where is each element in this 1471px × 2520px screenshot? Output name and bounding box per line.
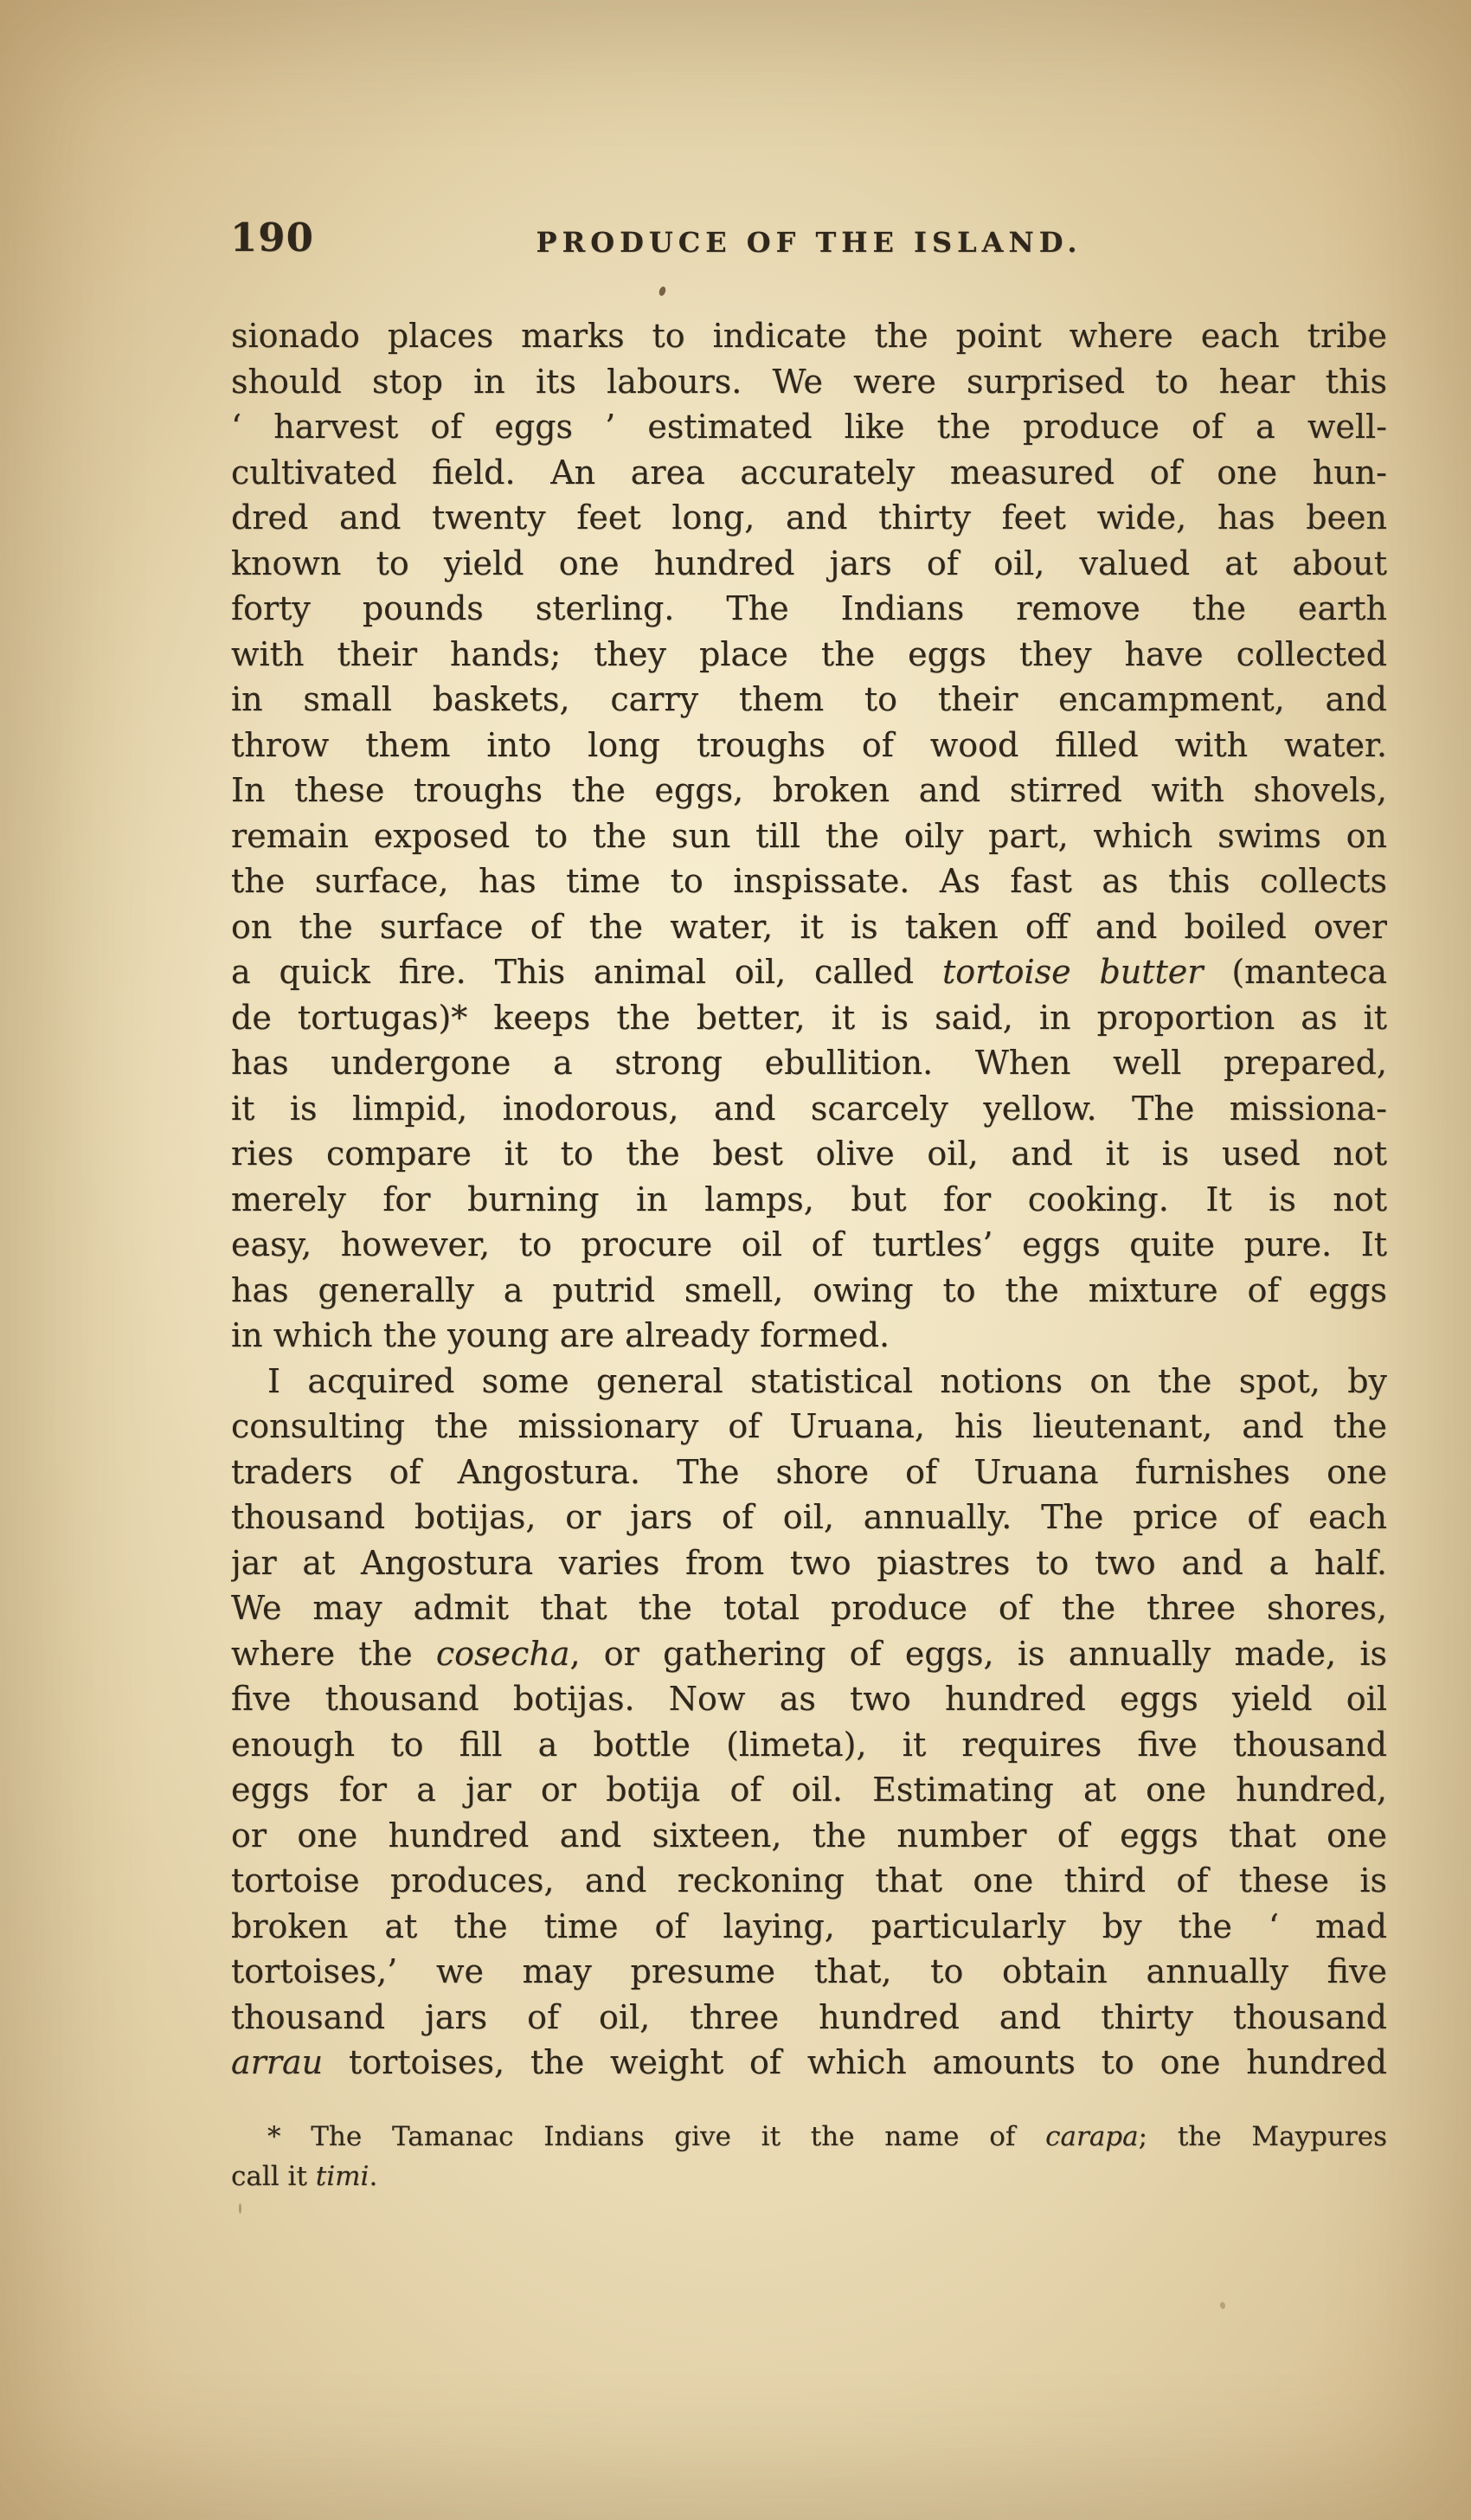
text-line: on the surface of the water, it is taken… xyxy=(231,904,1387,950)
text-line: dred and twenty feet long, and thirty fe… xyxy=(231,495,1387,541)
text-segment: sionado places marks to indicate the poi… xyxy=(231,317,1387,355)
text-segment: de tortugas)* keeps the better, it is sa… xyxy=(231,999,1387,1037)
text-line: enough to fill a bottle (limeta), it req… xyxy=(231,1722,1387,1768)
text-line: I acquired some general statistical noti… xyxy=(231,1359,1387,1405)
text-line: has undergone a strong ebullition. When … xyxy=(231,1040,1387,1086)
text-segment: with their hands; they place the eggs th… xyxy=(231,635,1387,673)
text-segment: jar at Angostura varies from two piastre… xyxy=(231,1544,1387,1582)
text-segment: the surface, has time to inspissate. As … xyxy=(231,862,1387,900)
text-line: sionado places marks to indicate the poi… xyxy=(231,313,1387,359)
paper-speck xyxy=(1219,2301,1226,2309)
text-segment: tortoise produces, and reckoning that on… xyxy=(231,1861,1387,1900)
text-segment: ries compare it to the best olive oil, a… xyxy=(231,1135,1387,1173)
running-header: PRODUCE OF THE ISLAND. xyxy=(231,228,1387,256)
text-segment: merely for burning in lamps, but for coo… xyxy=(231,1180,1387,1218)
text-line: jar at Angostura varies from two piastre… xyxy=(231,1540,1387,1586)
text-line: cultivated field. An area accurately mea… xyxy=(231,450,1387,496)
text-segment: on the surface of the water, it is taken… xyxy=(231,908,1387,946)
text-segment: call it xyxy=(231,2161,316,2192)
text-segment: ; the Maypures xyxy=(1139,2121,1387,2152)
text-segment: should stop in its labours. We were surp… xyxy=(231,363,1387,401)
text-line: easy, however, to procure oil of turtles… xyxy=(231,1222,1387,1268)
text-segment: five thousand botijas. Now as two hundre… xyxy=(231,1680,1387,1718)
text-segment: enough to fill a bottle (limeta), it req… xyxy=(231,1726,1387,1764)
text-line: in small baskets, carry them to their en… xyxy=(231,677,1387,723)
text-segment: known to yield one hundred jars of oil, … xyxy=(231,544,1387,582)
text-line: or one hundred and sixteen, the number o… xyxy=(231,1813,1387,1859)
text-segment: , or gathering of eggs, is annually made… xyxy=(569,1635,1387,1673)
text-segment: in which the young are already formed. xyxy=(231,1316,890,1354)
ink-speck xyxy=(658,286,666,297)
text-segment: in small baskets, carry them to their en… xyxy=(231,680,1387,718)
text-line: We may admit that the total produce of t… xyxy=(231,1585,1387,1631)
italic-text: timi xyxy=(316,2161,369,2192)
text-line: eggs for a jar or botija of oil. Estimat… xyxy=(231,1767,1387,1813)
text-line: throw them into long troughs of wood fil… xyxy=(231,723,1387,768)
text-segment: * The Tamanac Indians give it the name o… xyxy=(267,2121,1045,2152)
text-segment: has undergone a strong ebullition. When … xyxy=(231,1044,1387,1082)
text-segment: We may admit that the total produce of t… xyxy=(231,1589,1387,1627)
text-segment: easy, however, to procure oil of turtles… xyxy=(231,1225,1387,1263)
footnote: * The Tamanac Indians give it the name o… xyxy=(231,2117,1387,2196)
text-line: broken at the time of laying, particular… xyxy=(231,1904,1387,1950)
text-segment: eggs for a jar or botija of oil. Estimat… xyxy=(231,1771,1387,1809)
text-line: consulting the missionary of Uruana, his… xyxy=(231,1404,1387,1450)
text-segment: (manteca xyxy=(1203,953,1387,991)
text-segment: throw them into long troughs of wood fil… xyxy=(231,726,1387,764)
text-line: with their hands; they place the eggs th… xyxy=(231,632,1387,678)
book-page: 190 PRODUCE OF THE ISLAND. sionado place… xyxy=(0,0,1471,2520)
text-segment: broken at the time of laying, particular… xyxy=(231,1907,1387,1945)
italic-text: arrau xyxy=(231,2043,323,2081)
text-segment: traders of Angostura. The shore of Uruan… xyxy=(231,1453,1387,1491)
text-line: thousand botijas, or jars of oil, annual… xyxy=(231,1495,1387,1540)
text-line: arrau tortoises, the weight of which amo… xyxy=(231,2040,1387,2086)
text-line: where the cosecha, or gathering of eggs,… xyxy=(231,1631,1387,1677)
text-line: tortoise produces, and reckoning that on… xyxy=(231,1858,1387,1904)
body-text: sionado places marks to indicate the poi… xyxy=(231,313,1387,2086)
italic-text: carapa xyxy=(1045,2121,1138,2152)
text-line: the surface, has time to inspissate. As … xyxy=(231,858,1387,904)
text-segment: where the xyxy=(231,1635,436,1673)
text-line: * The Tamanac Indians give it the name o… xyxy=(231,2117,1387,2157)
text-line: ‘ harvest of eggs ’ estimated like the p… xyxy=(231,404,1387,450)
text-segment: a quick fire. This animal oil, called xyxy=(231,953,942,991)
text-segment: cultivated field. An area accurately mea… xyxy=(231,453,1387,492)
text-line: it is limpid, inodorous, and scarcely ye… xyxy=(231,1086,1387,1132)
text-line: thousand jars of oil, three hundred and … xyxy=(231,1995,1387,2041)
text-line: known to yield one hundred jars of oil, … xyxy=(231,541,1387,587)
text-line: de tortugas)* keeps the better, it is sa… xyxy=(231,995,1387,1041)
text-segment: tortoises,’ we may presume that, to obta… xyxy=(231,1952,1387,1990)
text-segment: thousand jars of oil, three hundred and … xyxy=(231,1998,1387,2036)
text-line: a quick fire. This animal oil, called to… xyxy=(231,949,1387,995)
text-segment: has generally a putrid smell, owing to t… xyxy=(231,1271,1387,1309)
text-line: in which the young are already formed. xyxy=(231,1313,1387,1359)
text-segment: I acquired some general statistical noti… xyxy=(267,1362,1387,1400)
italic-text: tortoise butter xyxy=(942,953,1203,991)
text-segment: tortoises, the weight of which amounts t… xyxy=(323,2043,1387,2081)
text-line: merely for burning in lamps, but for coo… xyxy=(231,1177,1387,1223)
text-line: forty pounds sterling. The Indians remov… xyxy=(231,586,1387,632)
text-line: traders of Angostura. The shore of Uruan… xyxy=(231,1450,1387,1495)
text-line: should stop in its labours. We were surp… xyxy=(231,359,1387,405)
text-line: five thousand botijas. Now as two hundre… xyxy=(231,1676,1387,1722)
text-segment: dred and twenty feet long, and thirty fe… xyxy=(231,498,1387,537)
text-segment: In these troughs the eggs, broken and st… xyxy=(231,771,1387,809)
text-segment: thousand botijas, or jars of oil, annual… xyxy=(231,1498,1387,1536)
text-line: remain exposed to the sun till the oily … xyxy=(231,813,1387,859)
text-line: ries compare it to the best olive oil, a… xyxy=(231,1131,1387,1177)
text-line: call it timi. xyxy=(231,2157,1387,2196)
text-segment: ‘ harvest of eggs ’ estimated like the p… xyxy=(231,408,1387,446)
paper-speck xyxy=(239,2203,241,2214)
text-segment: or one hundred and sixteen, the number o… xyxy=(231,1816,1387,1855)
text-segment: remain exposed to the sun till the oily … xyxy=(231,817,1387,855)
text-segment: it is limpid, inodorous, and scarcely ye… xyxy=(231,1090,1387,1128)
text-segment: . xyxy=(369,2161,377,2192)
text-line: In these troughs the eggs, broken and st… xyxy=(231,768,1387,813)
text-segment: consulting the missionary of Uruana, his… xyxy=(231,1407,1387,1445)
italic-text: cosecha xyxy=(436,1635,570,1673)
text-line: tortoises,’ we may presume that, to obta… xyxy=(231,1949,1387,1995)
text-segment: forty pounds sterling. The Indians remov… xyxy=(231,589,1387,627)
text-line: has generally a putrid smell, owing to t… xyxy=(231,1268,1387,1314)
